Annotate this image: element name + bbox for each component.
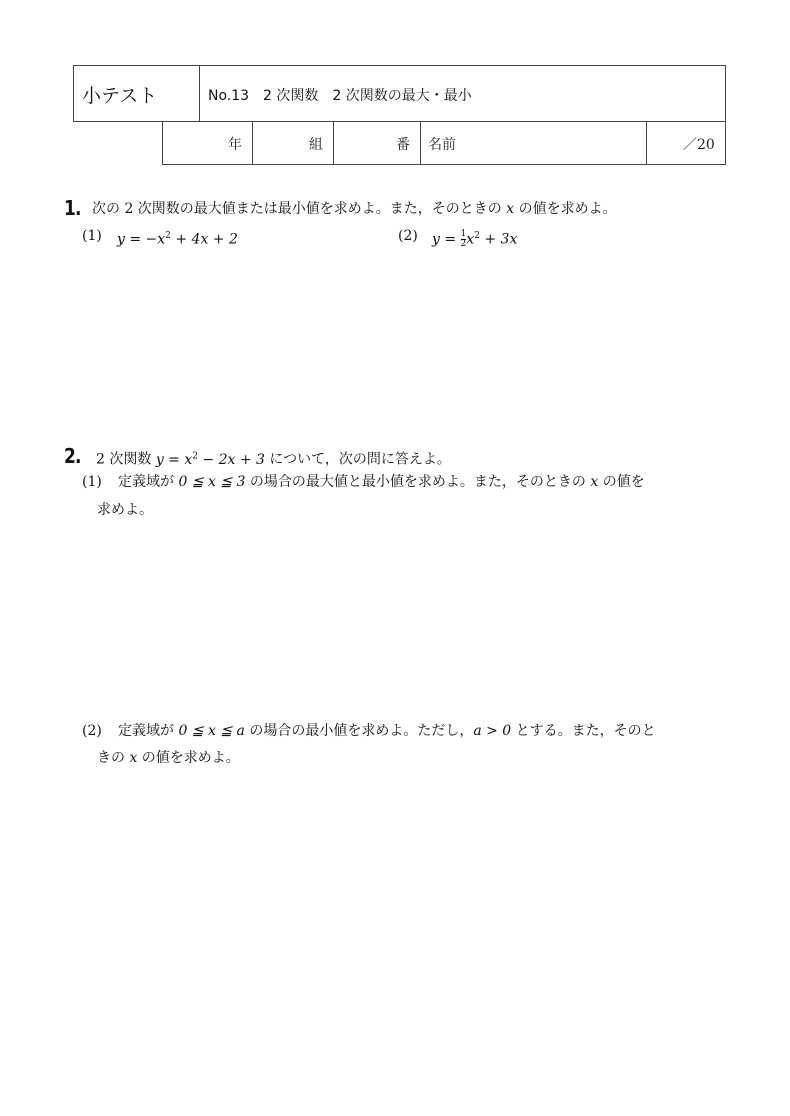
- answer-area[interactable]: [80, 255, 720, 425]
- item-label: (2): [398, 226, 418, 246]
- prompt-text: について，次の問に答えよ。: [265, 452, 451, 468]
- border: [162, 164, 726, 165]
- name-field[interactable]: [460, 122, 645, 164]
- border: [420, 121, 421, 165]
- fraction: 12: [461, 230, 467, 249]
- year-field[interactable]: [163, 122, 233, 164]
- prompt-text: の値を求めよ。: [514, 201, 616, 217]
- quiz-subtitle: No.13 2 次関数 2 次関数の最大・最小: [208, 85, 472, 105]
- text: 定義域が: [118, 474, 178, 490]
- prompt-text: 2 次関数: [96, 452, 156, 468]
- item-expression: y = −x2 + 4x + 2: [117, 226, 238, 250]
- item-text: 定義域が 0 ≦ x ≦ a の場合の最小値を求めよ。ただし，a > 0 とする…: [118, 721, 656, 741]
- border: [73, 65, 726, 66]
- quiz-title: 小テスト: [82, 81, 157, 108]
- answer-area[interactable]: [80, 775, 720, 1075]
- class-field[interactable]: [253, 122, 309, 164]
- item-text-cont: きの x の値を求めよ。: [97, 748, 240, 768]
- item-expression: y = 12x2 + 3x: [432, 226, 517, 250]
- item-text: 定義域が 0 ≦ x ≦ 3 の場合の最大値と最小値を求めよ。また，そのときの …: [118, 472, 645, 492]
- condition-expression: a > 0: [473, 723, 511, 739]
- text: きの: [97, 750, 129, 766]
- text: の場合の最小値を求めよ。ただし，: [245, 723, 473, 739]
- text: の値を求めよ。: [137, 750, 239, 766]
- expression: y = x2 − 2x + 3: [156, 452, 265, 468]
- item-text-cont: 求めよ。: [97, 500, 153, 520]
- number-label: 番: [396, 134, 410, 154]
- text: の場合の最大値と最小値を求めよ。また，そのときの: [245, 474, 590, 490]
- name-label: 名前: [428, 134, 456, 154]
- text: 定義域が: [118, 723, 178, 739]
- number-field[interactable]: [334, 122, 396, 164]
- border: [646, 121, 647, 165]
- text: の値を: [598, 474, 644, 490]
- question-number: 2.: [64, 444, 81, 468]
- domain-expression: 0 ≦ x ≦ a: [178, 723, 244, 739]
- border: [725, 65, 726, 165]
- score-label: ／20: [683, 134, 715, 154]
- class-label: 組: [309, 134, 323, 154]
- border: [199, 65, 200, 122]
- item-label: (1): [82, 472, 102, 492]
- question-prompt: 2 次関数 y = x2 − 2x + 3 について，次の問に答えよ。: [96, 446, 451, 470]
- answer-area[interactable]: [80, 525, 720, 705]
- var-x: x: [506, 201, 514, 217]
- item-label: (2): [82, 721, 102, 741]
- question-prompt: 次の 2 次関数の最大値または最小値を求めよ。また，そのときの x の値を求めよ…: [92, 199, 617, 219]
- prompt-text: 次の 2 次関数の最大値または最小値を求めよ。また，そのときの: [92, 201, 506, 217]
- domain-expression: 0 ≦ x ≦ 3: [178, 474, 245, 490]
- item-label: (1): [82, 226, 102, 246]
- text: とする。また，そのと: [511, 723, 655, 739]
- question-number: 1.: [64, 196, 81, 220]
- border: [73, 65, 74, 122]
